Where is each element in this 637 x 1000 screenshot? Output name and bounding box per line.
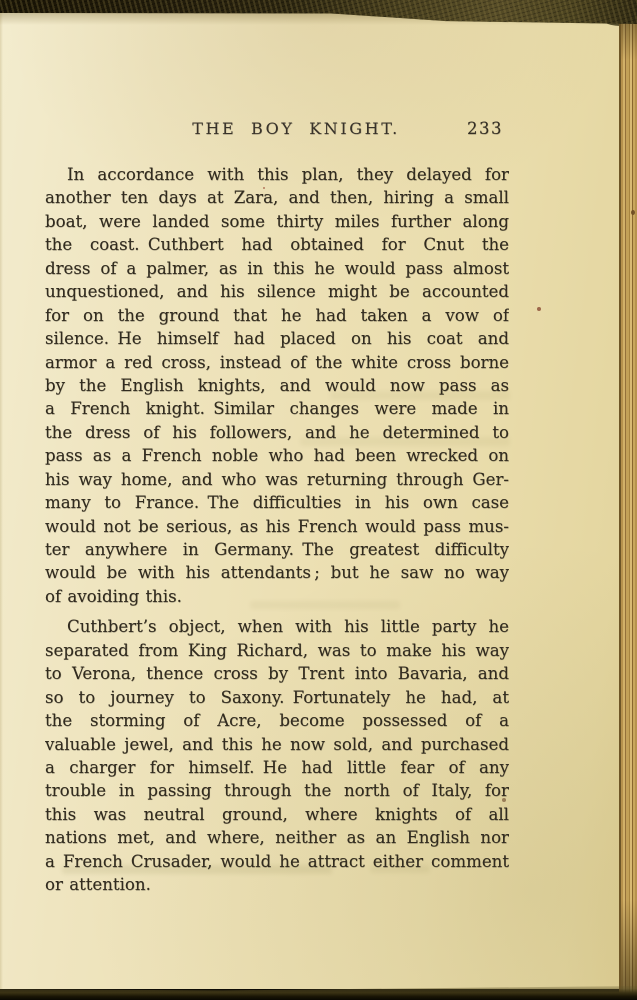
text-line: Cuthbert’s object, when with his little … xyxy=(45,615,509,638)
text-line: the storming of Acre, become possessed o… xyxy=(45,709,509,732)
text-line: In accordance with this plan, they delay… xyxy=(45,163,509,186)
text-line: the dress of his followers, and he deter… xyxy=(45,421,509,444)
book-page: THE BOY KNIGHT. 233 In accordance with t… xyxy=(0,13,621,989)
page-number: 233 xyxy=(467,119,503,138)
body-text: In accordance with this plan, they delay… xyxy=(45,163,509,897)
dust-speck xyxy=(263,187,265,189)
text-line: ter anywhere in Germany. The greatest di… xyxy=(45,538,509,561)
text-line: or attention. xyxy=(45,873,509,896)
text-line: silence. He himself had placed on his co… xyxy=(45,327,509,350)
text-line: to Verona, thence cross by Trent into Ba… xyxy=(45,662,509,685)
text-line: another ten days at Zara, and then, hiri… xyxy=(45,186,509,209)
text-line: pass as a French noble who had been wrec… xyxy=(45,444,509,467)
text-line: unquestioned, and his silence might be a… xyxy=(45,280,509,303)
page-fore-edge xyxy=(619,0,637,1000)
dust-speck xyxy=(631,210,635,215)
text-line: the coast. Cuthbert had obtained for Cnu… xyxy=(45,233,509,256)
text-line: would not be serious, as his French woul… xyxy=(45,515,509,538)
text-line: a charger for himself. He had little fea… xyxy=(45,756,509,779)
text-line: a French knight. Similar changes were ma… xyxy=(45,397,509,420)
page-header: THE BOY KNIGHT. 233 xyxy=(45,119,509,143)
text-line: boat, were landed some thirty miles furt… xyxy=(45,210,509,233)
text-line: armor a red cross, instead of the white … xyxy=(45,351,509,374)
text-line: for on the ground that he had taken a vo… xyxy=(45,304,509,327)
text-line: many to France. The difficulties in his … xyxy=(45,491,509,514)
text-line: his way home, and who was returning thro… xyxy=(45,468,509,491)
text-line: valuable jewel, and this he now sold, an… xyxy=(45,733,509,756)
book-scan: THE BOY KNIGHT. 233 In accordance with t… xyxy=(0,0,637,1000)
text-line: nations met, and where, neither as an En… xyxy=(45,826,509,849)
dust-speck xyxy=(537,307,541,311)
running-title: THE BOY KNIGHT. xyxy=(64,119,528,138)
text-line: a French Crusader, would he attract eith… xyxy=(45,850,509,873)
text-line: of avoiding this. xyxy=(45,585,509,608)
paragraph: Cuthbert’s object, when with his little … xyxy=(45,615,509,896)
text-line: trouble in passing through the north of … xyxy=(45,779,509,802)
text-line: by the English knights, and would now pa… xyxy=(45,374,509,397)
dust-speck xyxy=(502,798,506,802)
paragraph: In accordance with this plan, they delay… xyxy=(45,163,509,608)
text-line: would be with his attendants ; but he sa… xyxy=(45,561,509,584)
text-line: separated from King Richard, was to make… xyxy=(45,639,509,662)
text-line: this was neutral ground, where knights o… xyxy=(45,803,509,826)
text-line: dress of a palmer, as in this he would p… xyxy=(45,257,509,280)
text-line: so to journey to Saxony. Fortunately he … xyxy=(45,686,509,709)
